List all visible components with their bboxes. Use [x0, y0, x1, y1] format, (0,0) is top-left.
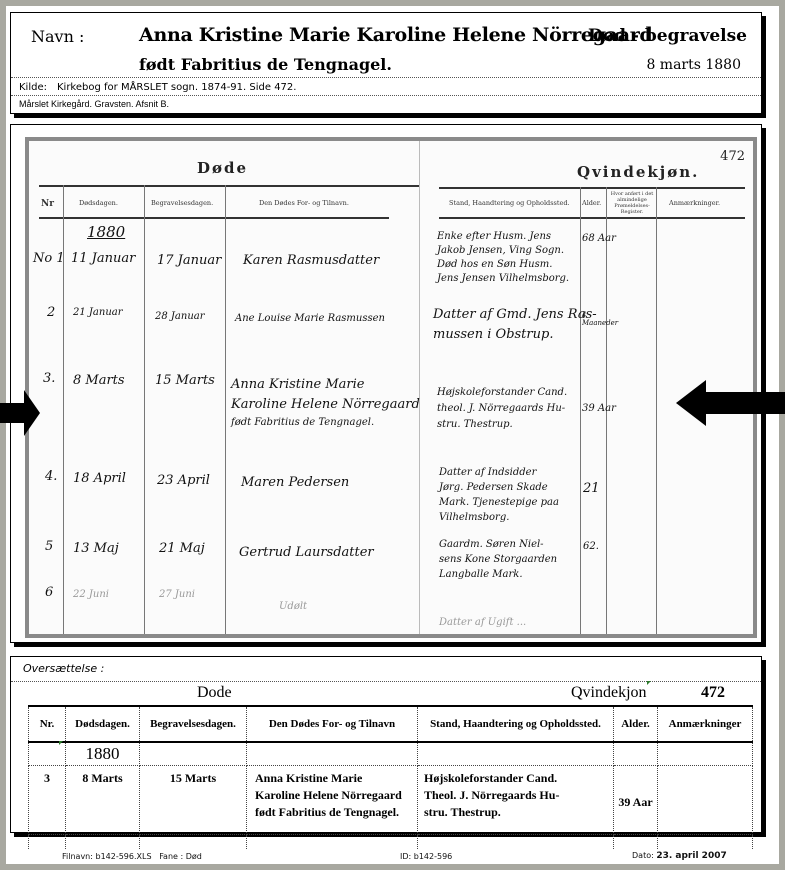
comment-marker-icon	[647, 681, 651, 685]
scan-page-number: 472	[720, 149, 745, 164]
divider	[11, 95, 761, 96]
footer-date: Dato: 23. april 2007	[632, 851, 727, 861]
comment-marker-icon	[59, 741, 63, 745]
church-book-scan: Døde Qvindekjøn. 472 Nr Dødsdagen. Begra…	[25, 137, 757, 638]
source-text: Kirkebog for MÅRSLET sogn. 1874-91. Side…	[57, 82, 296, 93]
table-row-empty	[29, 835, 753, 850]
cell-nr: 3	[29, 766, 66, 835]
translation-page-number: 472	[701, 684, 725, 702]
burial-location: Mårslet Kirkegård. Gravsten. Afsnit B.	[19, 99, 169, 109]
col-header-death-date: Dødsdagen.	[66, 706, 140, 742]
translation-table: Nr. Dødsdagen. Begravelsesdagen. Den Død…	[28, 705, 753, 849]
cell-occupation: Højskoleforstander Cand. Theol. J. Nörre…	[418, 766, 614, 835]
scan-title-right: Qvindekjøn.	[577, 163, 699, 181]
source-label: Kilde:	[19, 82, 47, 93]
col-header-burial-date: Begravelsesdagen.	[140, 706, 247, 742]
table-header-row: Nr. Dødsdagen. Begravelsesdagen. Den Død…	[29, 706, 753, 742]
translation-title-left: Dode	[197, 684, 232, 702]
scan-title-left: Døde	[197, 159, 248, 177]
cell-name: Anna Kristine Marie Karoline Helene Nörr…	[247, 766, 418, 835]
col-header-remarks: Anmærkninger	[658, 706, 753, 742]
cell-remarks	[658, 766, 753, 835]
translation-box: Oversættelse : Dode Qvindekjon 472 Nr. D…	[10, 656, 762, 833]
divider	[11, 77, 761, 78]
scan-box: Døde Qvindekjøn. 472 Nr Dødsdagen. Begra…	[10, 124, 762, 643]
cell-age: 39 Aar	[614, 766, 658, 835]
event-date: 8 marts 1880	[646, 57, 741, 73]
translation-title-right: Qvindekjon	[571, 684, 647, 702]
year-cell: 1880	[66, 742, 140, 766]
arrow-right-icon	[0, 390, 40, 436]
full-name-line1: Anna Kristine Marie Karoline Helene Nörr…	[139, 24, 652, 46]
year-row: 1880	[29, 742, 753, 766]
table-row: 3 8 Marts 15 Marts Anna Kristine Marie K…	[29, 766, 753, 835]
cell-burial-date: 15 Marts	[140, 766, 247, 835]
cell-death-date: 8 Marts	[66, 766, 140, 835]
scan-year: 1880	[87, 223, 125, 241]
col-header-age: Alder.	[614, 706, 658, 742]
footer-filename: Filnavn: b142-596.XLS Fane : Død	[62, 852, 202, 861]
arrow-left-icon	[676, 380, 785, 426]
col-header-occupation: Stand, Haandtering og Opholdssted.	[418, 706, 614, 742]
translation-label: Oversættelse :	[23, 662, 104, 675]
name-label: Navn :	[31, 27, 84, 46]
header-box: Navn : Anna Kristine Marie Karoline Hele…	[10, 12, 762, 114]
source-line: Kilde:Kirkebog for MÅRSLET sogn. 1874-91…	[19, 82, 296, 93]
event-type: Død - begravelse	[588, 26, 747, 46]
full-name-line2: født Fabritius de Tengnagel.	[139, 55, 392, 74]
col-header-nr: Nr.	[29, 706, 66, 742]
footer-id: ID: b142-596	[400, 852, 452, 861]
col-header-name: Den Dødes For- og Tilnavn	[247, 706, 418, 742]
